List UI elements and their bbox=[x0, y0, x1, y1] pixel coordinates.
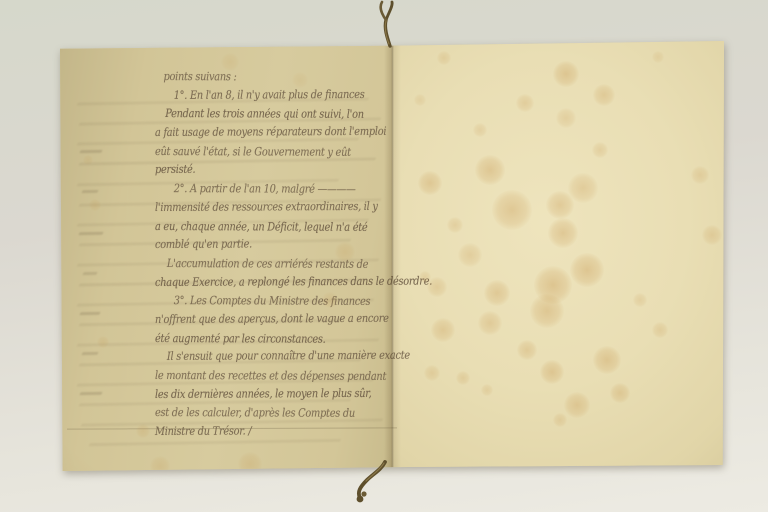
manuscript-bifolium: points suivans :1°. En l'an 8, il n'y av… bbox=[60, 41, 724, 471]
handwritten-line: points suivans : bbox=[155, 67, 368, 87]
handwritten-line: l'immensité des ressources extraordinair… bbox=[155, 197, 368, 217]
handwritten-line: persisté. bbox=[155, 159, 368, 179]
handwritten-line: 2°. A partir de l'an 10, malgré ———— bbox=[155, 179, 368, 199]
handwritten-line: est de les calculer, d'après les Comptes… bbox=[155, 403, 368, 423]
handwritten-line: a fait usage de moyens réparateurs dont … bbox=[155, 122, 368, 142]
handwritten-text-block: points suivans :1°. En l'an 8, il n'y av… bbox=[155, 67, 405, 441]
paper-shadow-wrapper: points suivans :1°. En l'an 8, il n'y av… bbox=[0, 0, 768, 512]
handwritten-line: L'accumulation de ces arriérés restants … bbox=[155, 254, 368, 274]
right-page-blank bbox=[392, 41, 724, 471]
handwritten-line: Ministre du Trésor. / bbox=[155, 421, 368, 441]
handwritten-line: chaque Exercice, a replongé les finances… bbox=[155, 271, 368, 291]
handwritten-line: Il s'ensuit que pour connaître d'une man… bbox=[155, 346, 368, 366]
handwritten-line: les dix dernières années, le moyen le pl… bbox=[155, 384, 368, 404]
handwritten-line: 1°. En l'an 8, il n'y avait plus de fina… bbox=[155, 85, 368, 105]
handwritten-line: Pendant les trois années qui ont suivi, … bbox=[155, 104, 368, 124]
handwritten-line: n'offrent que des aperçus, dont le vague… bbox=[155, 309, 368, 329]
handwritten-line: le montant des recettes et des dépenses … bbox=[155, 366, 368, 386]
photograph-of-manuscript: points suivans :1°. En l'an 8, il n'y av… bbox=[0, 0, 768, 512]
handwritten-line: 3°. Les Comptes du Ministre des finances bbox=[155, 291, 368, 311]
center-fold-crease bbox=[384, 41, 401, 471]
handwritten-line: comblé qu'en partie. bbox=[155, 234, 368, 254]
